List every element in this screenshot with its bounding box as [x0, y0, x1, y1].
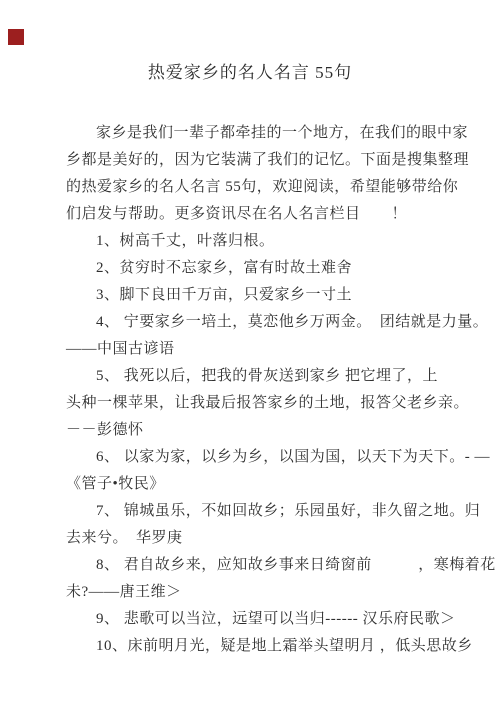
text-line: 3、脚下良田千万亩，只爱家乡一寸土	[66, 282, 464, 309]
text-line: 家乡是我们一辈子都牵挂的一个地方，在我们的眼中家	[66, 120, 464, 147]
text-line: 10、床前明月光，疑是地上霜举头望明月 ，低头思故乡	[66, 633, 464, 660]
text-line: 6、 以家为家，以乡为乡，以国为国，以天下为天下。- —	[66, 444, 464, 471]
page-title: 热爱家乡的名人名言 55句	[0, 58, 500, 83]
text-line: 4、 宁要家乡一培土，莫恋他乡万两金。 团结就是力量。	[66, 309, 464, 336]
text-line: 1、树高千丈，叶落归根。	[66, 228, 464, 255]
text-line: 们启发与帮助。更多资讯尽在名人名言栏目 ！	[66, 201, 464, 228]
text-line: 8、 君自故乡来，应知故乡事来日绮窗前 ，寒梅着花	[66, 552, 464, 579]
red-square-marker	[8, 29, 24, 45]
text-line: －－彭德怀	[66, 417, 464, 444]
text-line: 2、贫穷时不忘家乡，富有时故土难舍	[66, 255, 464, 282]
text-line: 去来兮。 华罗庚	[66, 525, 464, 552]
text-line: 9、 悲歌可以当泣，远望可以当归------ 汉乐府民歌＞	[66, 606, 464, 633]
text-line: 5、 我死以后，把我的骨灰送到家乡 把它埋了，上	[66, 363, 464, 390]
text-line: 乡都是美好的，因为它装满了我们的记忆。下面是搜集整理	[66, 147, 464, 174]
text-line: 头种一棵苹果，让我最后报答家乡的土地，报答父老乡亲。	[66, 390, 464, 417]
document-body: 家乡是我们一辈子都牵挂的一个地方，在我们的眼中家乡都是美好的，因为它装满了我们的…	[66, 120, 464, 660]
text-line: ——中国古谚语	[66, 336, 464, 363]
text-line: 的热爱家乡的名人名言 55句，欢迎阅读，希望能够带给你	[66, 174, 464, 201]
document-page: 热爱家乡的名人名言 55句 家乡是我们一辈子都牵挂的一个地方，在我们的眼中家乡都…	[0, 0, 500, 708]
text-line: 《管子•牧民》	[66, 471, 464, 498]
text-line: 7、 锦城虽乐，不如回故乡；乐园虽好，非久留之地。归	[66, 498, 464, 525]
text-line: 未?——唐王维＞	[66, 579, 464, 606]
